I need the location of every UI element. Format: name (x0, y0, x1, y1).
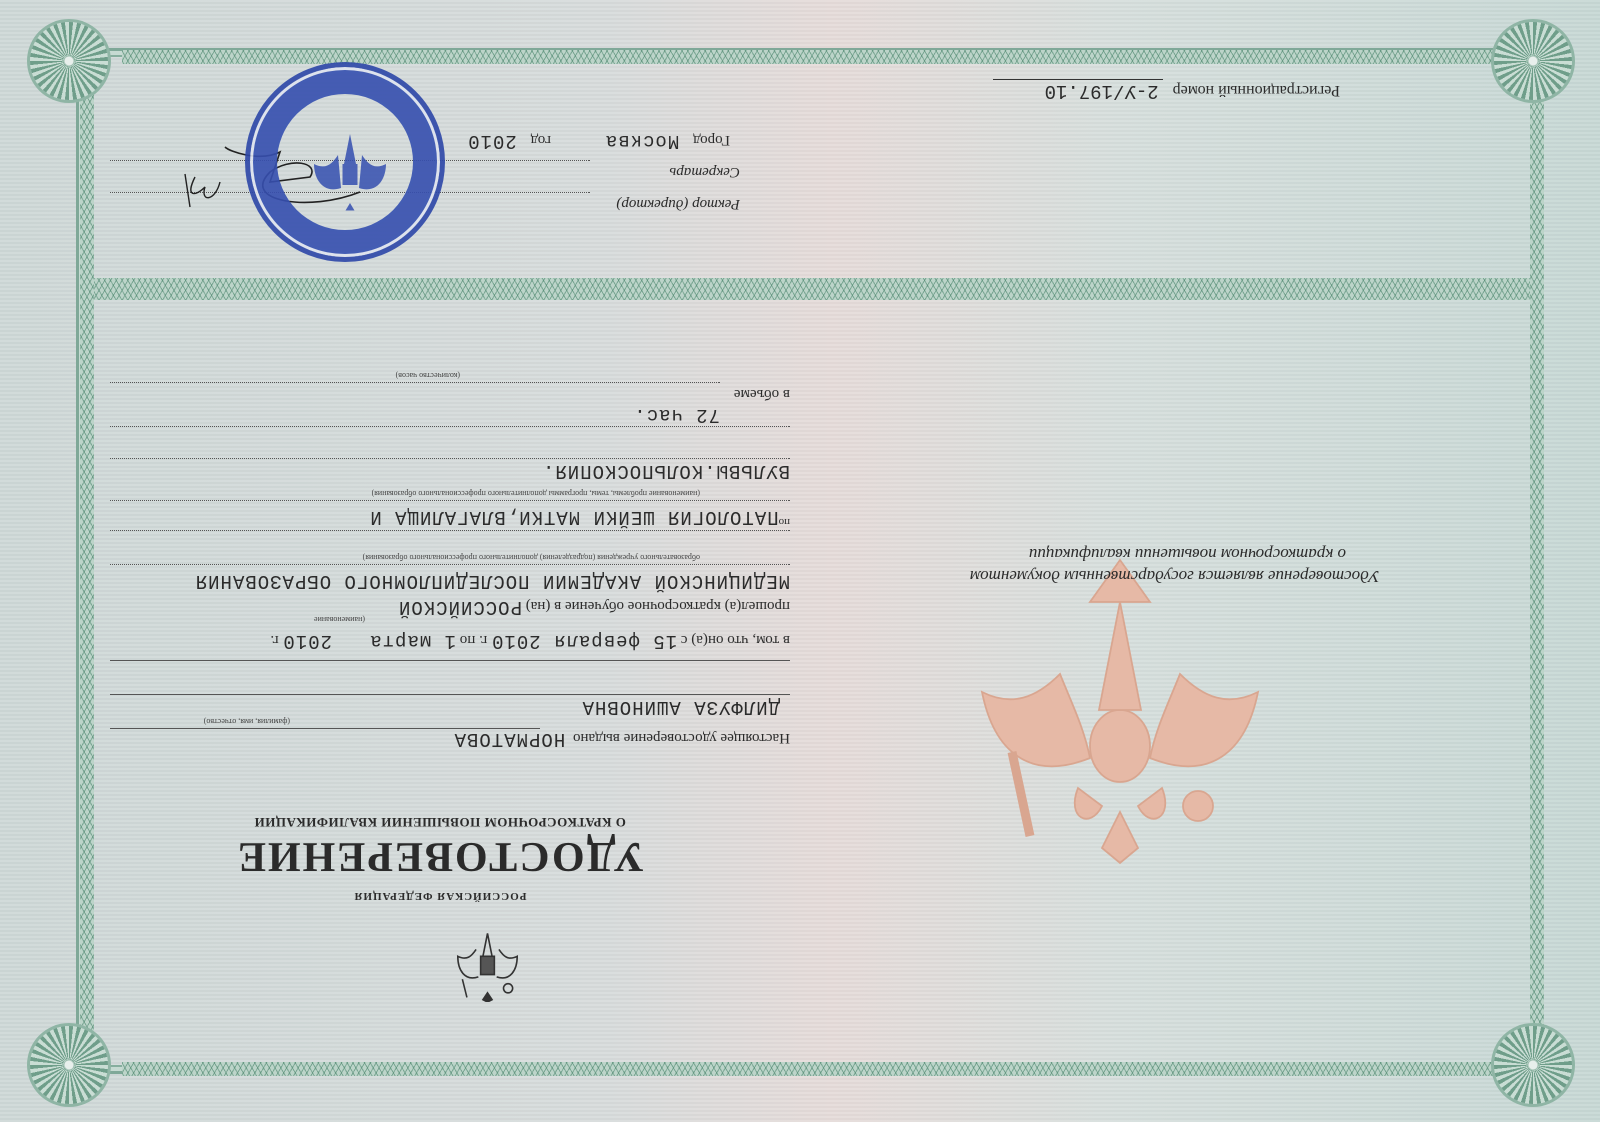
city-year-row: Город Москва год 2010 (50, 130, 730, 152)
institution-row: прошел(а) краткосрочное обучение в (на) … (110, 596, 790, 618)
city-value: Москва (605, 130, 679, 152)
document-title: УДОСТОВЕРЕНИЕ (90, 832, 790, 880)
certificate-sheet: Удостоверение является государственным д… (0, 0, 1600, 1122)
frame-band-bottom (122, 50, 1502, 64)
date-to: 1 марта 2010 (282, 630, 456, 652)
date-from: 15 февраля 2010 (491, 630, 677, 652)
embossed-eagle-icon (970, 542, 1270, 872)
registration-number: Регистрационный номер 2-У/197.10 (993, 79, 1340, 102)
validity-statement: Удостоверение является государственным д… (880, 543, 1380, 587)
topic-row: поПАТОЛОГИЯ ШЕЙКИ МАТКИ,ВЛАГАЛИЩА И (110, 506, 790, 528)
topic-value-line2: ВУЛЬВЫ.КОЛЬПОСКОПИЯ. (110, 460, 790, 482)
double-headed-eagle-icon (450, 922, 525, 1002)
secretary-signature (175, 172, 225, 212)
registration-number-value: 2-У/197.10 (993, 79, 1163, 102)
frame-band-left (1530, 88, 1544, 1034)
cover-page: Удостоверение является государственным д… (810, 72, 1530, 1052)
surname-value: НОРМАТОВА (454, 728, 566, 750)
volume-row: в объеме (110, 385, 790, 402)
issued-to-row: Настоящее удостоверение выдано НОРМАТОВА (110, 728, 790, 750)
given-names-value: ДИЛФУЗА АШИНОВНА (100, 696, 780, 718)
document-subtitle: О КРАТКОСРОЧНОМ ПОВЫШЕНИИ КВАЛИФИКАЦИИ (90, 814, 790, 830)
training-period-row: в том, что он(а) с 15 февраля 2010 г. по… (110, 630, 790, 652)
volume-value: 72 час. (40, 404, 720, 426)
year-value: 2010 (467, 130, 517, 152)
frame-band-top (122, 1062, 1502, 1076)
country-label: РОССИЙСКАЯ ФЕДЕРАЦИЯ (90, 890, 790, 902)
topic-value-line1: ПАТОЛОГИЯ ШЕЙКИ МАТКИ,ВЛАГАЛИЩА И (369, 506, 778, 528)
institution-value-line1: РОССИЙСКОЙ (398, 596, 522, 618)
institution-value-line2: МЕДИЦИНСКОЙ АКАДЕМИИ ПОСЛЕДИПЛОМНОГО ОБР… (110, 570, 790, 592)
certificate-page: РОССИЙСКАЯ ФЕДЕРАЦИЯ УДОСТОВЕРЕНИЕ О КРА… (90, 72, 790, 1052)
